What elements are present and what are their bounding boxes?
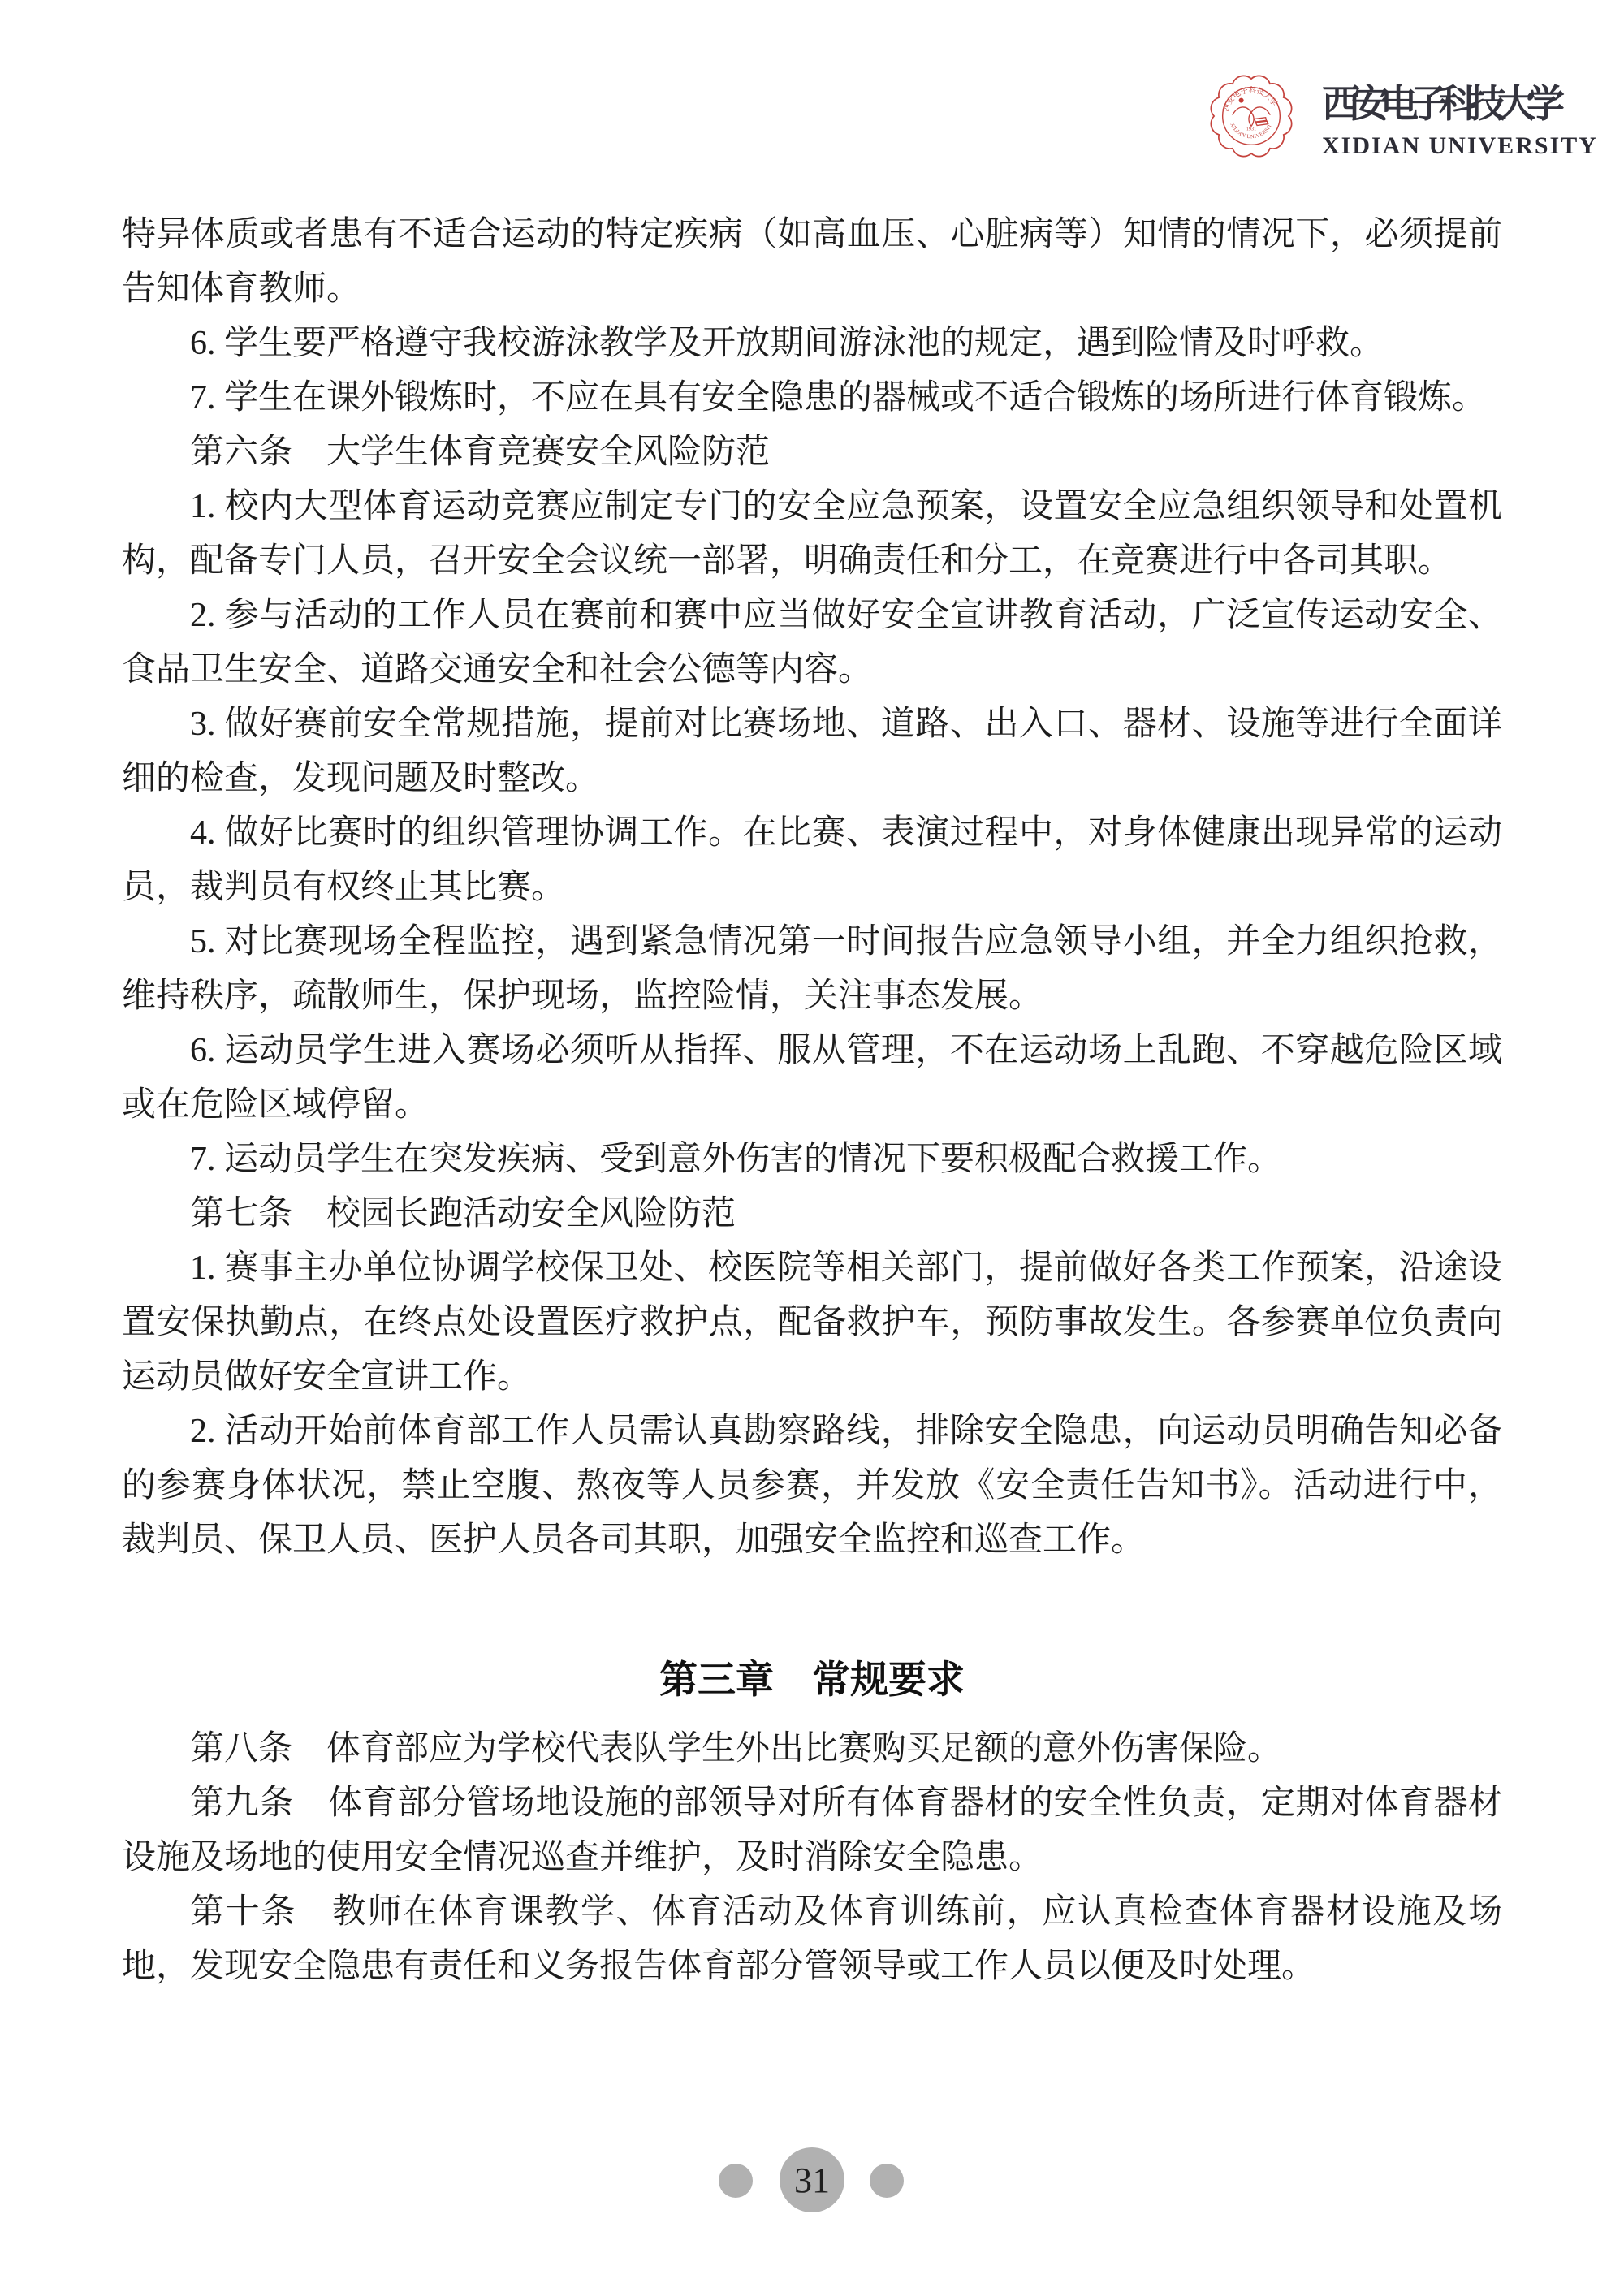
page-number-badge: 31	[780, 2147, 844, 2212]
university-name-calligraphy: 西安电子科技大学	[1322, 81, 1566, 128]
article-heading-paragraph: 第七条 校园长跑活动安全风险防范	[122, 1187, 1502, 1241]
paragraph-continuation: 特异体质或者患有不适合运动的特定疾病（如高血压、心脏病等）知情的情况下，必须提前…	[122, 208, 1502, 317]
paragraph: 6. 学生要严格遵守我校游泳教学及开放期间游泳池的规定，遇到险情及时呼救。	[122, 317, 1502, 371]
paragraph: 7. 学生在课外锻炼时，不应在具有安全隐患的器械或不适合锻炼的场所进行体育锻炼。	[122, 371, 1502, 425]
footer-dot-left	[719, 2164, 753, 2198]
paragraph: 1. 赛事主办单位协调学校保卫处、校医院等相关部门，提前做好各类工作预案，沿途设…	[122, 1241, 1502, 1405]
paragraph: 7. 运动员学生在突发疾病、受到意外伤害的情况下要积极配合救援工作。	[122, 1133, 1502, 1187]
seal-swan-emblem	[1233, 107, 1270, 126]
paragraph: 6. 运动员学生进入赛场必须听从指挥、服从管理，不在运动场上乱跑、不穿越危险区域…	[122, 1024, 1502, 1133]
page-number: 31	[794, 2160, 830, 2201]
article-paragraph: 第八条 体育部应为学校代表队学生外出比赛购买足额的意外伤害保险。	[122, 1722, 1502, 1776]
seal-year: 1931	[1246, 127, 1256, 132]
paragraph: 3. 做好赛前安全常规措施，提前对比赛场地、道路、出入口、器材、设施等进行全面详…	[122, 697, 1502, 806]
seal-bottom-text: XIDIAN UNIVERSITY	[1208, 73, 1273, 140]
seal-red-dot	[1239, 98, 1244, 103]
document-body: 特异体质或者患有不适合运动的特定疾病（如高血压、心脏病等）知情的情况下，必须提前…	[122, 208, 1502, 1994]
article-paragraph: 第九条 体育部分管场地设施的部领导对所有体育器材的安全性负责，定期对体育器材设施…	[122, 1776, 1502, 1885]
university-seal-icon: 西安电子科技大学 1931 XIDIAN UNIVERSITY	[1208, 73, 1294, 159]
paragraph: 2. 参与活动的工作人员在赛前和赛中应当做好安全宣讲教育活动，广泛宣传运动安全、…	[122, 589, 1502, 697]
article-paragraph: 第十条 教师在体育课教学、体育活动及体育训练前，应认真检查体育器材设施及场地，发…	[122, 1885, 1502, 1994]
article-heading-paragraph: 第六条 大学生体育竞赛安全风险防范	[122, 425, 1502, 480]
page-footer: 31	[0, 2147, 1624, 2220]
paragraph: 1. 校内大型体育运动竞赛应制定专门的安全应急预案，设置安全应急组织领导和处置机…	[122, 480, 1502, 589]
paragraph: 5. 对比赛现场全程监控，遇到紧急情况第一时间报告应急领导小组，并全力组织抢救，…	[122, 915, 1502, 1024]
seal-top-text: 西安电子科技大学	[1221, 85, 1279, 113]
document-page: 西安电子科技大学 1931 XIDIAN UNIVERSITY 西安电子科技大学…	[0, 0, 1624, 2296]
paragraph: 2. 活动开始前体育部工作人员需认真勘察路线，排除安全隐患，向运动员明确告知必备…	[122, 1405, 1502, 1568]
university-logotype: 西安电子科技大学 XIDIAN UNIVERSITY	[1322, 81, 1566, 160]
paragraph: 4. 做好比赛时的组织管理协调工作。在比赛、表演过程中，对身体健康出现异常的运动…	[122, 806, 1502, 915]
footer-dot-right	[870, 2164, 904, 2198]
chapter-heading: 第三章 常规要求	[122, 1651, 1502, 1708]
university-name-english: XIDIAN UNIVERSITY	[1322, 132, 1566, 160]
